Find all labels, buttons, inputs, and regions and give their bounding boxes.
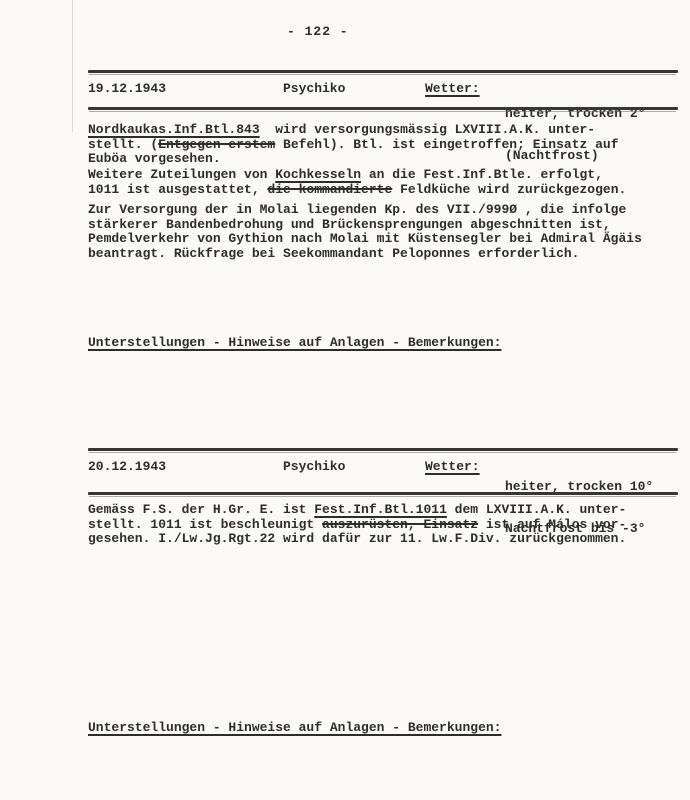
entry-location: Psychiko — [283, 81, 345, 96]
unterstellungen-line: Unterstellungen - Hinweise auf Anlagen -… — [88, 720, 501, 735]
weather-label: Wetter: — [425, 81, 480, 96]
text-segment: die kommandierte — [267, 182, 392, 197]
text-segment: Gemäss F.S. der H.Gr. E. ist — [88, 502, 314, 517]
text-segment: Feldküche wird zurückgezogen. — [392, 182, 626, 197]
text-segment: Weitere Zuteilungen von — [88, 167, 275, 182]
text-segment: Entgegen erstem — [158, 137, 275, 152]
document-page: - 122 - 19.12.1943 Psychiko Wetter: heit… — [0, 0, 690, 800]
unterstellungen-line: Unterstellungen - Hinweise auf Anlagen -… — [88, 335, 501, 350]
text-segment: auszurüsten, Einsatz — [322, 517, 478, 532]
scan-fold-artifact — [72, 0, 73, 132]
text-segment: Zur Versorgung der in Molai liegenden Kp… — [88, 202, 642, 261]
paragraph: Weitere Zuteilungen von Kochkesseln an d… — [88, 168, 688, 197]
paragraph: Nordkaukas.Inf.Btl.843 wird versorgungsm… — [88, 123, 688, 167]
header-rule-bottom — [88, 107, 678, 113]
text-segment: Kochkesseln — [275, 167, 361, 182]
header-rule-top — [88, 70, 678, 76]
text-segment: Fest.Inf.Btl.1011 — [314, 502, 447, 517]
text-segment: Nordkaukas.Inf.Btl.843 — [88, 122, 260, 137]
entry-date: 19.12.1943 — [88, 81, 166, 96]
paragraph: Zur Versorgung der in Molai liegenden Kp… — [88, 203, 688, 261]
entry-location: Psychiko — [283, 459, 345, 474]
page-number: - 122 - — [287, 24, 349, 39]
weather-label: Wetter: — [425, 459, 480, 474]
header-rule-bottom — [88, 492, 678, 498]
paragraph: Gemäss F.S. der H.Gr. E. ist Fest.Inf.Bt… — [88, 503, 688, 547]
entry-date: 20.12.1943 — [88, 459, 166, 474]
